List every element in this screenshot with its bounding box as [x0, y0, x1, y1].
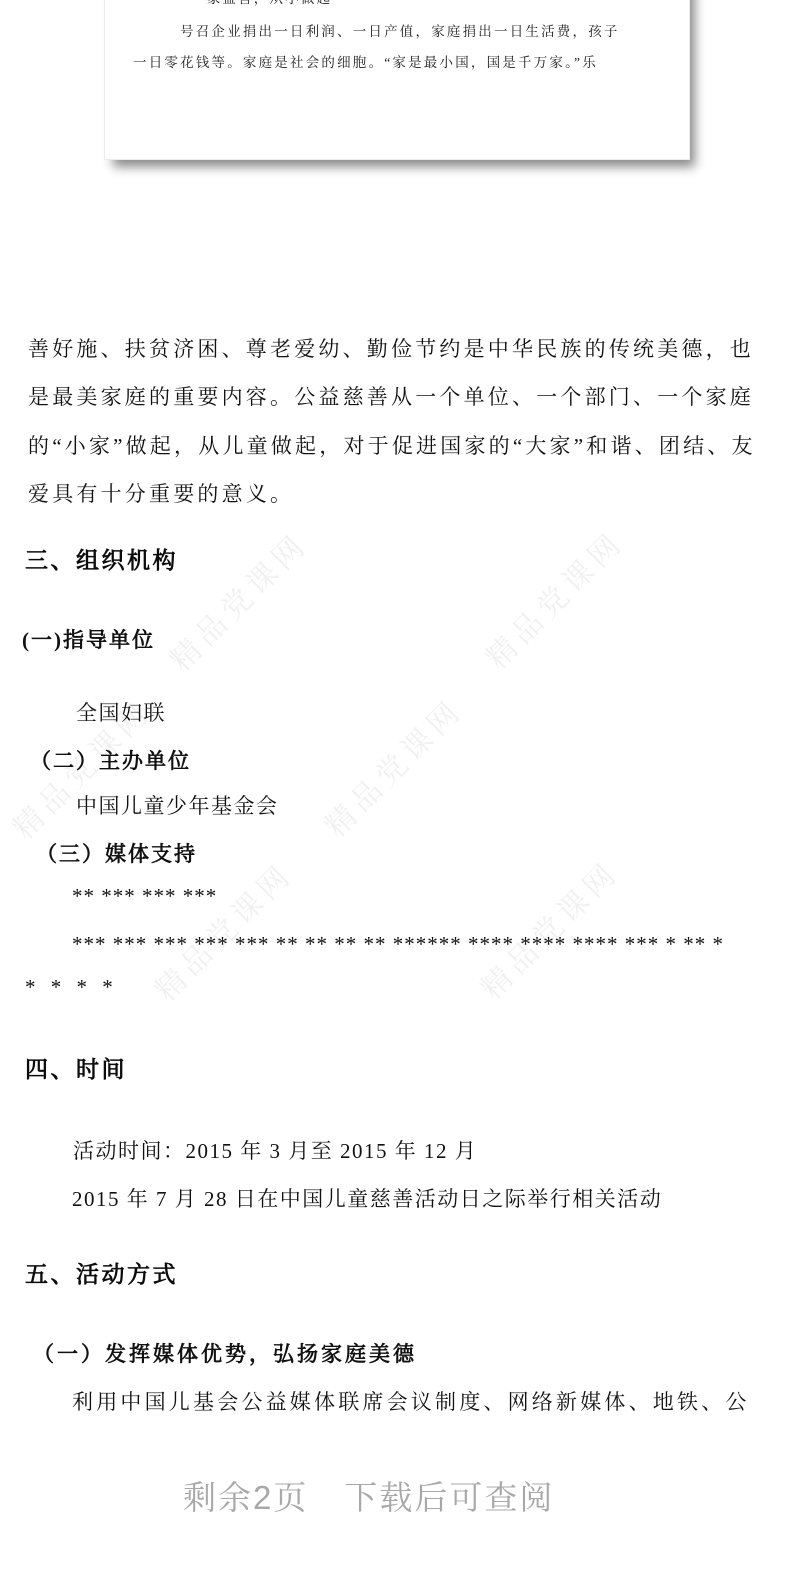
watermark-text: 精品党课网 [158, 521, 316, 679]
paragraph-line-4: 爱具有十分重要的意义。 [28, 481, 294, 507]
paragraph-line-1: 善好施、扶贫济困、尊老爱幼、勤俭节约是中华民族的传统美德，也 [28, 336, 754, 362]
section-heading-organization: 三、组织机构 [25, 546, 178, 575]
text-media-usage: 利用中国儿基会公益媒体联席会议制度、网络新媒体、地铁、公 [72, 1389, 750, 1415]
subheading-media-advantage: （一）发挥媒体优势，弘扬家庭美德 [33, 1341, 417, 1367]
text-host-unit-value: 中国儿童少年基金会 [76, 793, 279, 819]
watermark-text: 精品党课网 [143, 851, 301, 1009]
stars-line-2: *** *** *** *** *** ** ** ** ** ****** *… [72, 931, 724, 957]
watermark-text: 精品党课网 [474, 519, 632, 677]
paragraph-line-2: 是最美家庭的重要内容。公益慈善从一个单位、一个部门、一个家庭 [28, 384, 754, 410]
section-heading-time: 四、时间 [25, 1055, 127, 1084]
remaining-pages-label: 剩余2页 [183, 1479, 308, 1516]
text-activity-time: 活动时间：2015 年 3 月至 2015 年 12 月 [73, 1138, 477, 1164]
text-guidance-unit-value: 全国妇联 [76, 700, 166, 726]
download-hint-label: 下载后可查阅 [344, 1479, 554, 1516]
watermark-text: 精品党课网 [313, 687, 471, 845]
card-text-line: 一日零花钱等。家庭是社会的细胞。“家是最小国，国是千万家。”乐 [133, 55, 598, 71]
watermark-text: 精品党课网 [469, 849, 627, 1007]
text-activity-day: 2015 年 7 月 28 日在中国儿童慈善活动日之际举行相关活动 [72, 1186, 662, 1212]
document-preview-page: 一家益善，从小做起号召企业捐出一日利润、一日产值，家庭捐出一日生活费，孩子一日零… [0, 0, 800, 1578]
subheading-host-unit: （二）主办单位 [30, 748, 191, 774]
card-text-line: 号召企业捐出一日利润、一日产值，家庭捐出一日生活费，孩子 [180, 24, 620, 40]
pagination-footer: 剩余2页下载后可查阅 [183, 1472, 554, 1519]
subheading-media-support: （三）媒体支持 [36, 841, 197, 867]
stars-line-3: * * * * [25, 974, 118, 1000]
section-heading-method: 五、活动方式 [25, 1260, 178, 1289]
subheading-guidance-unit: (一)指导单位 [22, 627, 155, 653]
card-text-line: 一家益善，从小做起 [191, 0, 332, 7]
page-preview-card: 一家益善，从小做起号召企业捐出一日利润、一日产值，家庭捐出一日生活费，孩子一日零… [104, 0, 690, 160]
stars-line-1: ** *** *** *** [72, 883, 217, 909]
paragraph-line-3: 的“小家”做起，从儿童做起，对于促进国家的“大家”和谐、团结、友 [28, 433, 756, 459]
